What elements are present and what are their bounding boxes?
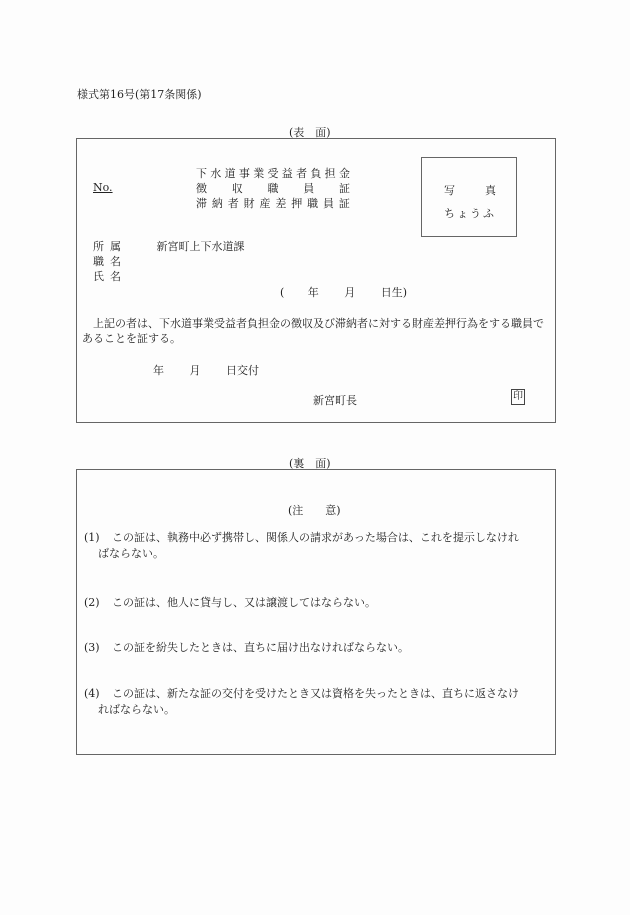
photo-box: 写 真 ちょうふ — [421, 157, 517, 237]
title-char: 産 — [260, 196, 271, 211]
note-number: (2) — [84, 595, 112, 611]
title-char: 水 — [210, 166, 221, 181]
title-char: 受 — [267, 166, 278, 181]
field-name: 氏名 — [93, 268, 129, 284]
title-line-1: 下水道事業受益者負担金 — [196, 166, 350, 181]
title-char: 証 — [339, 196, 350, 211]
card-number-label: No. — [93, 181, 113, 194]
title-char: 担 — [325, 166, 336, 181]
issue-year: 年 — [153, 364, 164, 377]
note-text: この証を紛失したときは、直ちに届け出なければならない。 — [112, 641, 409, 654]
birth-date: ( 年 月 日生) — [280, 284, 407, 300]
note-2: (2)この証は、他人に貸与し、又は譲渡してはならない。 — [84, 595, 376, 611]
field-value: 新宮町上下水道課 — [157, 240, 245, 253]
photo-label-char: 真 — [485, 182, 496, 198]
field-position: 職名 — [93, 253, 129, 269]
title-char: 職 — [268, 181, 279, 196]
field-label: 職名 — [93, 253, 129, 269]
note-number: (3) — [84, 640, 112, 656]
note-number: (1) — [84, 530, 112, 546]
title-char: 事 — [239, 166, 250, 181]
title-char: 業 — [253, 166, 264, 181]
birth-open: ( — [280, 286, 284, 299]
birth-day: 日生) — [381, 286, 407, 299]
title-char: 員 — [323, 196, 334, 211]
title-char: 益 — [282, 166, 293, 181]
photo-label-char: 写 — [444, 182, 455, 198]
note-text-cont: ればならない。 — [84, 702, 519, 718]
photo-label: 写 真 — [444, 182, 496, 198]
note-text: この証は、他人に貸与し、又は譲渡してはならない。 — [112, 596, 376, 609]
title-char: 差 — [275, 196, 286, 211]
issue-date: 年 月 日交付 — [153, 362, 259, 378]
title-char: 員 — [303, 181, 314, 196]
note-text-cont: ばならない。 — [84, 546, 519, 562]
birth-year: 年 — [308, 286, 319, 299]
note-text: この証は、新たな証の交付を受けたとき又は資格を失ったときは、直ちに返さなけ — [112, 687, 519, 700]
notes-title: (注 意) — [288, 502, 341, 518]
birth-month: 月 — [344, 286, 355, 299]
title-char: 金 — [339, 166, 350, 181]
title-char: 押 — [291, 196, 302, 211]
title-char: 下 — [196, 166, 207, 181]
note-4: (4)この証は、新たな証の交付を受けたとき又は資格を失ったときは、直ちに返さなけ… — [84, 686, 519, 718]
title-char: 徴 — [196, 181, 207, 196]
title-line-2: 徴収職員証 — [196, 181, 350, 196]
title-char: 納 — [212, 196, 223, 211]
title-char: 財 — [244, 196, 255, 211]
seal-mark: 印 — [511, 389, 525, 405]
photo-paste-label: ちょうふ — [444, 205, 496, 221]
issuer: 新宮町長 — [313, 392, 357, 408]
certification-text: 上記の者は、下水道事業受益者負担金の徴収及び滞納者に対する財産差押行為をする職員… — [82, 316, 552, 346]
form-number: 様式第16号(第17条関係) — [77, 86, 202, 102]
field-affiliation: 所属 新宮町上下水道課 — [93, 238, 245, 254]
issue-month: 月 — [190, 364, 201, 377]
title-char: 負 — [310, 166, 321, 181]
title-char: 者 — [296, 166, 307, 181]
field-label: 所属 — [93, 238, 129, 254]
title-char: 証 — [339, 181, 350, 196]
title-line-3: 滞納者財産差押職員証 — [196, 196, 350, 211]
issue-day: 日交付 — [226, 364, 259, 377]
title-char: 者 — [228, 196, 239, 211]
note-text: この証は、執務中必ず携帯し、関係人の請求があった場合は、これを提示しなけれ — [112, 531, 519, 544]
note-3: (3)この証を紛失したときは、直ちに届け出なければならない。 — [84, 640, 409, 656]
title-char: 職 — [307, 196, 318, 211]
note-number: (4) — [84, 686, 112, 702]
card-title: 下水道事業受益者負担金 徴収職員証 滞納者財産差押職員証 — [196, 166, 350, 211]
title-char: 収 — [232, 181, 243, 196]
field-label: 氏名 — [93, 268, 129, 284]
title-char: 滞 — [196, 196, 207, 211]
note-1: (1)この証は、執務中必ず携帯し、関係人の請求があった場合は、これを提示しなけれ… — [84, 530, 519, 562]
title-char: 道 — [225, 166, 236, 181]
